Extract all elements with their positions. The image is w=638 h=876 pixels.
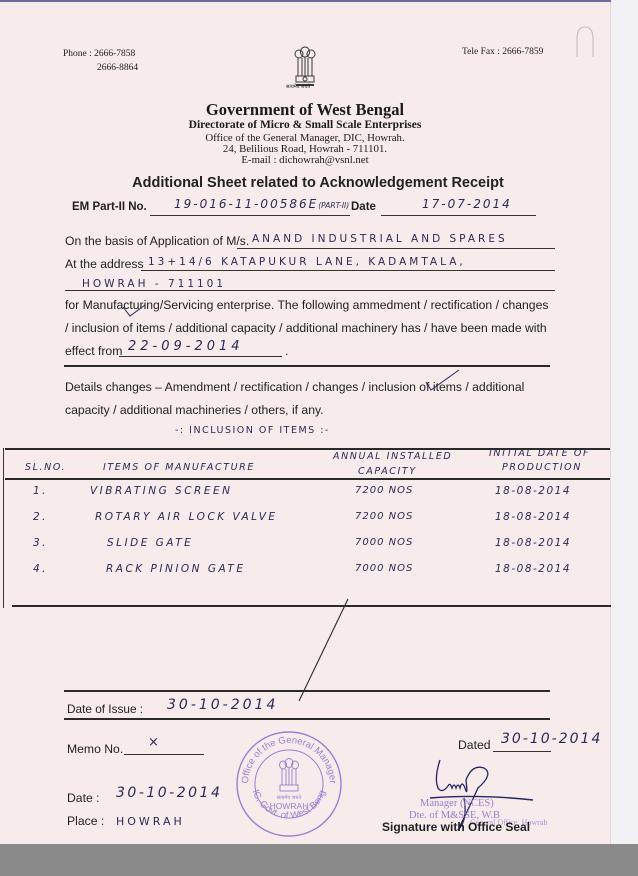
paragraph-line-2: / inclusion of items / additional capaci… — [65, 321, 547, 335]
row-capacity: 7200 NOS — [355, 485, 413, 496]
check-mark-icon — [423, 368, 463, 392]
em-number-field: 19-016-11-00586E(PART-II) — [174, 197, 349, 211]
dated-underline — [493, 751, 551, 752]
dated-label: Dated — [458, 738, 491, 752]
emblem-motto: सत्यमेव जयते — [286, 84, 310, 90]
row-capacity: 7200 NOS — [355, 511, 413, 522]
row-production-date: 18-08-2014 — [495, 537, 571, 549]
header-items: ITEMS OF MANUFACTURE — [103, 462, 255, 473]
sheet-title: Additional Sheet related to Acknowledgem… — [0, 175, 636, 191]
row-item-name: ROTARY AIR LOCK VALVE — [95, 511, 278, 523]
check-mark-icon — [122, 304, 146, 318]
signature-label: Signature with Office Seal — [382, 820, 530, 834]
office-email: E-mail : dichowrah@vsnl.net — [0, 155, 610, 166]
row-production-date: 18-08-2014 — [495, 485, 571, 497]
address-line-1: 13+14/6 KATAPUKUR LANE, KADAMTALA, — [148, 256, 466, 268]
place-label: Place : — [67, 814, 104, 828]
scan-bottom-margin — [0, 844, 638, 876]
effect-from-label: effect from — [65, 344, 122, 358]
inclusion-heading: -: INCLUSION OF ITEMS :- — [175, 425, 330, 436]
em-date-value: 17-07-2014 — [422, 197, 512, 211]
details-line-2: capacity / additional machineries / othe… — [65, 403, 324, 417]
address-line-2: HOWRAH - 711101 — [82, 278, 226, 290]
row-item-name: SLIDE GATE — [107, 537, 193, 549]
applicant-underline — [237, 248, 555, 249]
date-of-issue-label: Date of Issue : — [67, 702, 143, 716]
row-item-name: RACK PINION GATE — [106, 563, 245, 575]
applicant-value: ANAND INDUSTRIAL AND SPARES — [252, 233, 508, 245]
em-number-suffix: (PART-II) — [318, 201, 349, 210]
table-left-border — [3, 448, 4, 608]
phone-numbers: Phone : 2666-7858 2666-8864 — [63, 47, 138, 75]
memo-underline — [124, 754, 204, 755]
em-number-value: 19-016-11-00586E — [174, 197, 318, 211]
header-sl-no: SL.NO. — [25, 462, 66, 473]
effect-from-underline — [119, 356, 282, 357]
office-stamp: Office of the General Manager DIC, Govt.… — [234, 729, 344, 839]
row-capacity: 7000 NOS — [355, 563, 413, 574]
table-header-divider — [5, 478, 610, 480]
applicant-label: On the basis of Application of M/s. — [65, 234, 249, 248]
effect-from-period: . — [285, 344, 288, 358]
address-underline-2 — [65, 290, 555, 291]
directorate-title: Directorate of Micro & Small Scale Enter… — [0, 119, 610, 131]
place-value: HOWRAH — [116, 815, 185, 828]
em-date-underline — [381, 215, 536, 216]
tele-fax: Tele Fax : 2666-7859 — [462, 47, 543, 57]
section-divider-1 — [64, 365, 550, 367]
scan-right-margin — [611, 0, 638, 876]
row-capacity: 7000 NOS — [355, 537, 413, 548]
phone-secondary: 2666-8864 — [63, 61, 138, 75]
government-title: Government of West Bengal — [0, 100, 610, 120]
row-sl-no: 4. — [33, 563, 48, 575]
punch-mark-icon — [575, 25, 595, 59]
footer-date-value: 30-10-2014 — [116, 785, 222, 801]
document-page: Phone : 2666-7858 2666-8864 Tele Fax : 2… — [0, 2, 611, 844]
issue-bottom-border — [64, 718, 550, 720]
manager-title: Manager (NCES) — [420, 798, 494, 809]
row-production-date: 18-08-2014 — [495, 511, 571, 523]
effect-from-value: 22-09-2014 — [128, 339, 244, 354]
header-date-line-1: INITIAL DATE OF — [489, 448, 590, 459]
row-sl-no: 3. — [33, 537, 48, 549]
issue-top-border — [64, 690, 550, 692]
address-underline-1 — [141, 270, 555, 271]
header-date-line-2: PRODUCTION — [502, 462, 582, 473]
row-item-name: VIBRATING SCREEN — [90, 485, 232, 497]
em-date-label: Date — [351, 201, 376, 213]
footer-date-label: Date : — [67, 791, 100, 805]
header-capacity-line-1: ANNUAL INSTALLED — [333, 451, 452, 462]
phone-primary: Phone : 2666-7858 — [63, 47, 138, 61]
em-number-label: EM Part-II No. — [72, 201, 147, 213]
memo-value: × — [148, 735, 161, 750]
date-of-issue-value: 30-10-2014 — [167, 697, 278, 713]
dated-value: 30-10-2014 — [501, 731, 602, 747]
address-label: At the address — [65, 257, 144, 271]
row-sl-no: 2. — [33, 511, 48, 523]
stamp-emblem-icon — [280, 759, 299, 792]
row-sl-no: 1. — [33, 485, 48, 497]
header-capacity-line-2: CAPACITY — [358, 466, 417, 477]
memo-label: Memo No. — [67, 742, 123, 756]
svg-text:HOWRAH: HOWRAH — [270, 801, 309, 811]
row-production-date: 18-08-2014 — [495, 563, 571, 575]
em-number-underline — [150, 215, 350, 216]
svg-text:सत्यमेव जयते: सत्यमेव जयते — [277, 794, 302, 801]
